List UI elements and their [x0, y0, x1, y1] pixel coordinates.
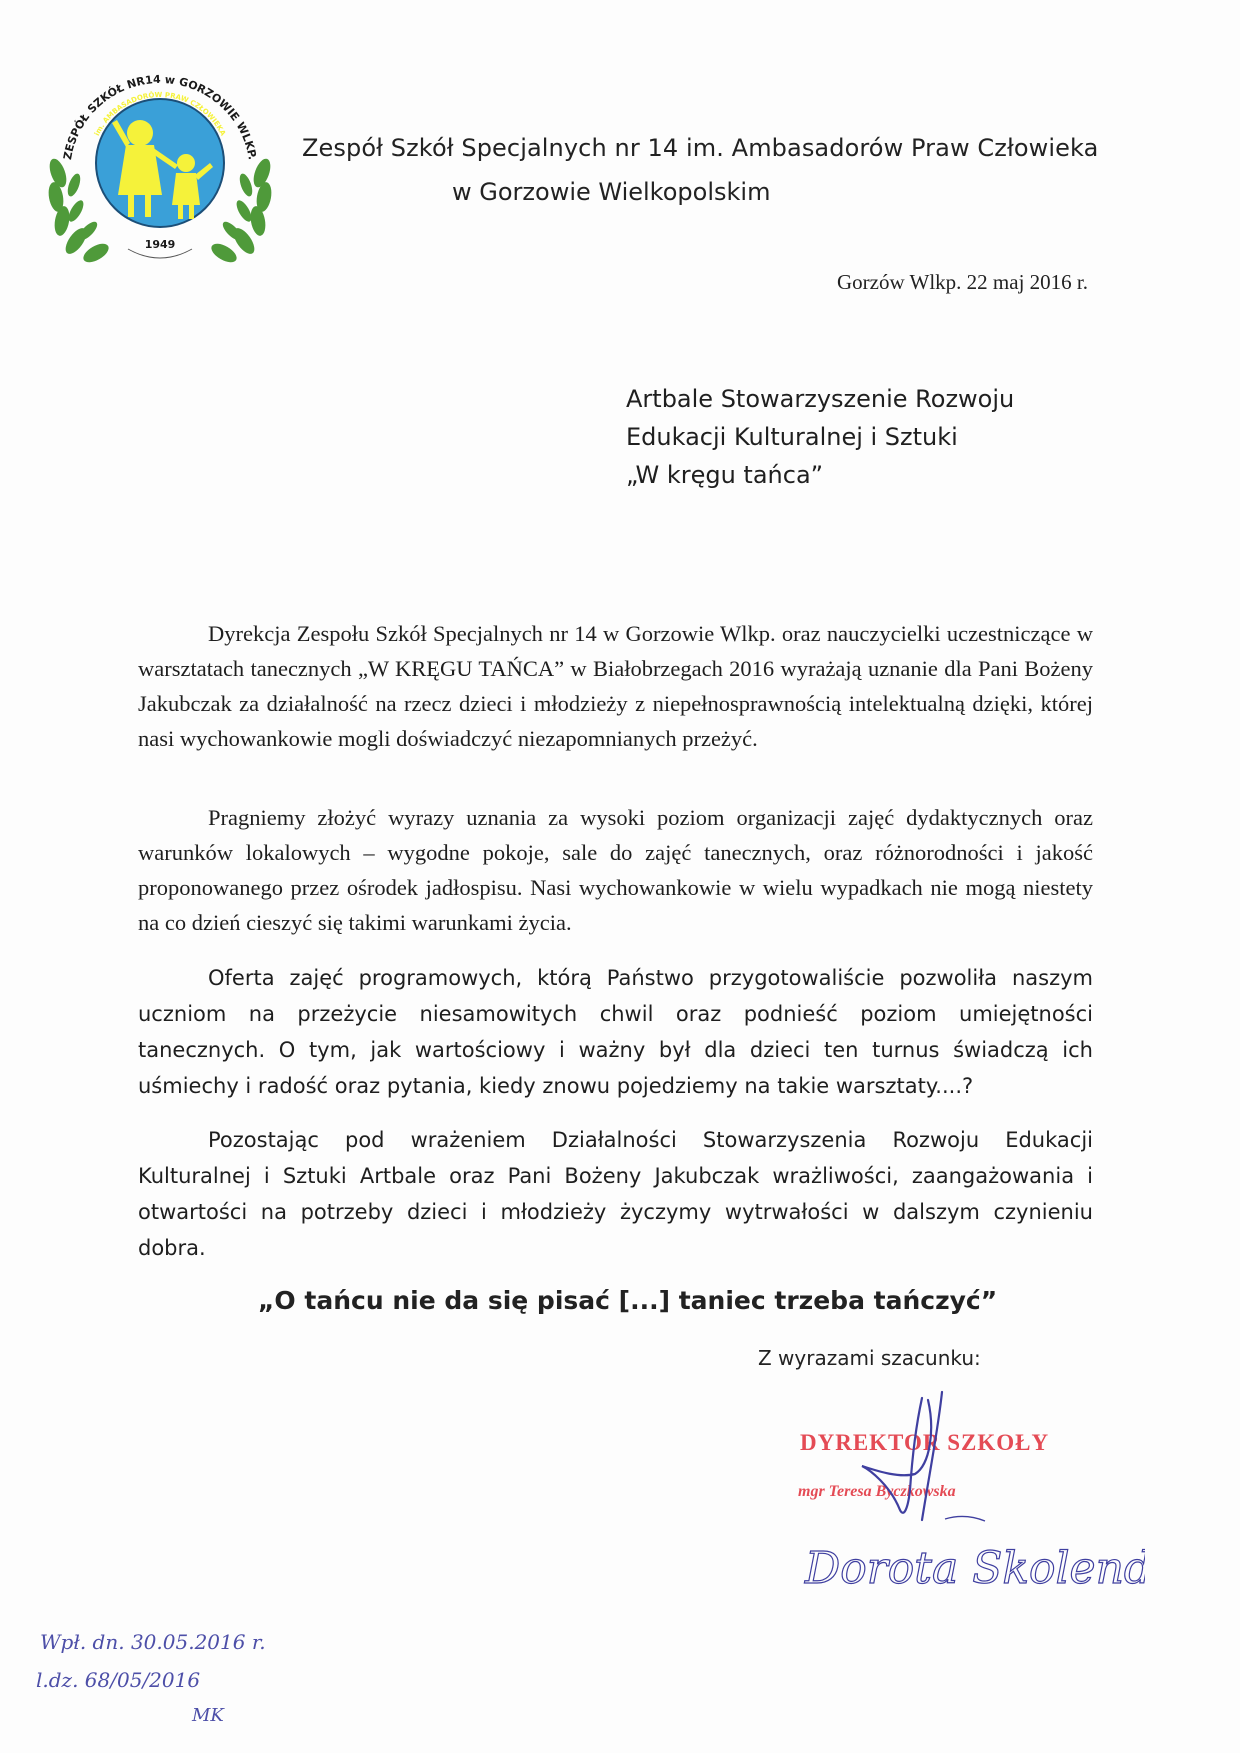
logo-circle — [96, 99, 224, 227]
school-logo: ZESPÓŁ SZKÓŁ NR14 w GORZOWIE WLKP. im. A… — [40, 45, 280, 270]
closing-salutation: Z wyrazami szacunku: — [758, 1346, 981, 1370]
recipient-line-3: „W kręgu tańca” — [626, 456, 1014, 494]
initials-note: MK — [192, 1705, 224, 1726]
letter-date: Gorzów Wlkp. 22 maj 2016 r. — [837, 270, 1088, 295]
body-paragraph-4: Pozostając pod wrażeniem Działalności St… — [138, 1122, 1093, 1266]
motto-quote: „O tańcu nie da się pisać [...] taniec t… — [258, 1286, 997, 1315]
body-paragraph-1: Dyrekcja Zespołu Szkół Specjalnych nr 14… — [138, 616, 1093, 756]
body-paragraph-3: Oferta zajęć programowych, którą Państwo… — [138, 960, 1093, 1104]
body-paragraph-2: Pragniemy złożyć wyrazy uznania za wysok… — [138, 800, 1093, 940]
recipient-line-2: Edukacji Kulturalnej i Sztuki — [626, 418, 1014, 456]
recipient-line-1: Artbale Stowarzyszenie Rozwoju — [626, 380, 1014, 418]
school-city: w Gorzowie Wielkopolskim — [452, 178, 770, 206]
registry-number-note: l.dz. 68/05/2016 — [36, 1668, 200, 1692]
teacher-signature: Dorota Skolenda — [795, 1505, 1145, 1615]
svg-text:Dorota Skolenda: Dorota Skolenda — [804, 1543, 1145, 1594]
school-name: Zespół Szkół Specjalnych nr 14 im. Ambas… — [302, 134, 1098, 162]
recipient-block: Artbale Stowarzyszenie Rozwoju Edukacji … — [626, 380, 1014, 494]
received-date-note: Wpł. dn. 30.05.2016 r. — [40, 1630, 266, 1654]
logo-year: 1949 — [145, 238, 176, 251]
